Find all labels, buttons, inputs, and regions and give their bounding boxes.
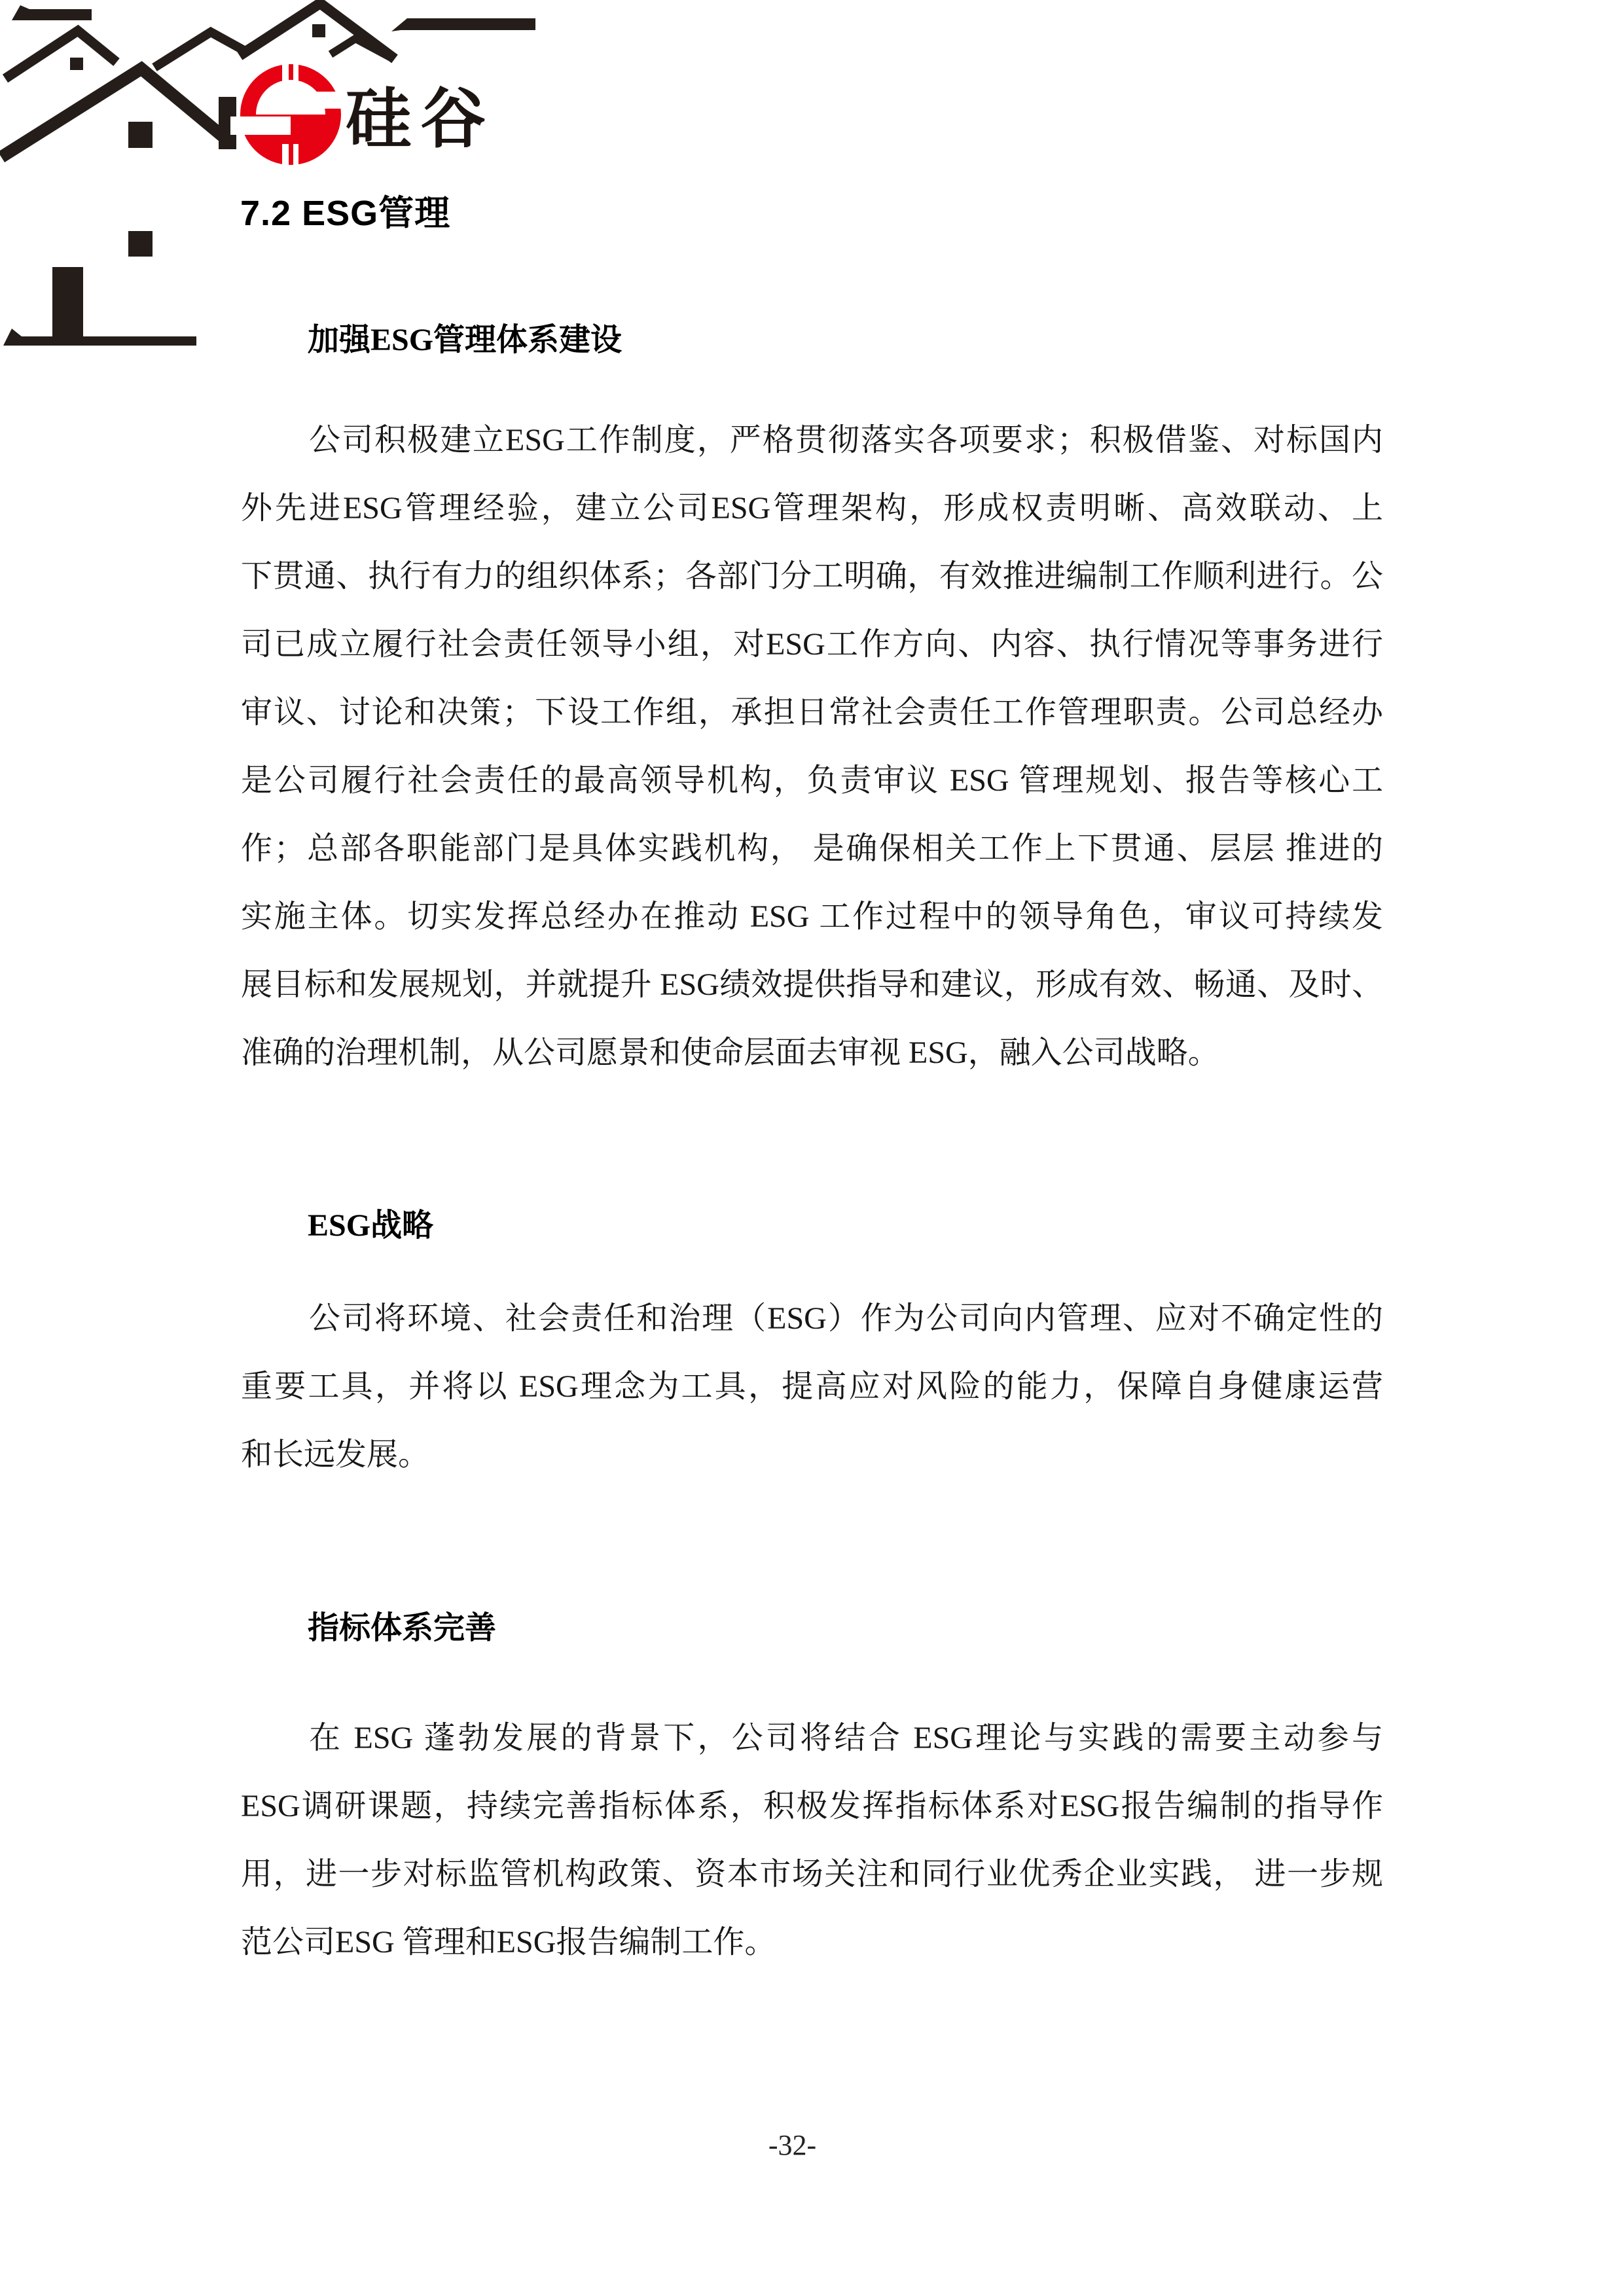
paragraph-esg-strategy: 公司将环境、社会责任和治理（ESG）作为公司向内管理、应对不确定性的 重要工具，… <box>241 1285 1383 1489</box>
paragraph-line: 准确的治理机制，从公司愿景和使命层面去审视 ESG，融入公司战略。 <box>241 1019 1383 1087</box>
section-title-esg-strategy: ESG战略 <box>308 1209 433 1243</box>
logo-s-emblem-icon <box>230 60 351 169</box>
logo-brand-text: 硅谷 <box>346 82 495 156</box>
paragraph-line: ESG调研课题，持续完善指标体系，积极发挥指标体系对ESG报告编制的指导作 <box>241 1772 1383 1840</box>
paragraph-line: 重要工具，并将以 ESG理念为工具，提高应对风险的能力，保障自身健康运营 <box>241 1353 1383 1421</box>
paragraph-line: 司已成立履行社会责任领导小组，对ESG工作方向、内容、执行情况等事务进行 <box>241 611 1383 679</box>
paragraph-line: 外先进ESG管理经验，建立公司ESG管理架构，形成权责明晰、高效联动、上 <box>241 475 1383 543</box>
document-page: 硅谷 7.2 ESG管理 加强ESG管理体系建设 公司积极建立ESG工作制度，严… <box>0 0 1624 2296</box>
paragraph-line: 实施主体。切实发挥总经办在推动 ESG 工作过程中的领导角色，审议可持续发 <box>241 883 1383 951</box>
paragraph-line: 公司积极建立ESG工作制度，严格贯彻落实各项要求；积极借鉴、对标国内 <box>241 406 1383 475</box>
paragraph-line: 是公司履行社会责任的最高领导机构，负责审议 ESG 管理规划、报告等核心工 <box>241 747 1383 815</box>
paragraph-line: 展目标和发展规划，并就提升 ESG绩效提供指导和建议，形成有效、畅通、及时、 <box>241 951 1383 1019</box>
paragraph-line: 下贯通、执行有力的组织体系；各部门分工明确，有效推进编制工作顺利进行。公 <box>241 543 1383 611</box>
paragraph-line: 用，进一步对标监管机构政策、资本市场关注和同行业优秀企业实践， 进一步规 <box>241 1840 1383 1909</box>
company-logo: 硅谷 <box>0 0 576 367</box>
paragraph-line: 公司将环境、社会责任和治理（ESG）作为公司向内管理、应对不确定性的 <box>241 1285 1383 1353</box>
paragraph-esg-system: 公司积极建立ESG工作制度，严格贯彻落实各项要求；积极借鉴、对标国内 外先进ES… <box>241 406 1383 1087</box>
roof-graphics-icon <box>1 3 535 346</box>
section-title-esg-system: 加强ESG管理体系建设 <box>308 323 622 357</box>
paragraph-indicator-system: 在 ESG 蓬勃发展的背景下，公司将结合 ESG理论与实践的需要主动参与 ESG… <box>241 1704 1383 1977</box>
page-number: -32- <box>0 2128 1585 2162</box>
paragraph-line: 审议、讨论和决策；下设工作组，承担日常社会责任工作管理职责。公司总经办 <box>241 679 1383 747</box>
paragraph-line: 和长远发展。 <box>241 1421 1383 1489</box>
paragraph-line: 在 ESG 蓬勃发展的背景下，公司将结合 ESG理论与实践的需要主动参与 <box>241 1704 1383 1772</box>
page-title: 7.2 ESG管理 <box>240 194 450 233</box>
paragraph-line: 作；总部各职能部门是具体实践机构， 是确保相关工作上下贯通、层层 推进的 <box>241 815 1383 883</box>
paragraph-line: 范公司ESG 管理和ESG报告编制工作。 <box>241 1909 1383 1977</box>
section-title-indicator-system: 指标体系完善 <box>308 1611 496 1645</box>
